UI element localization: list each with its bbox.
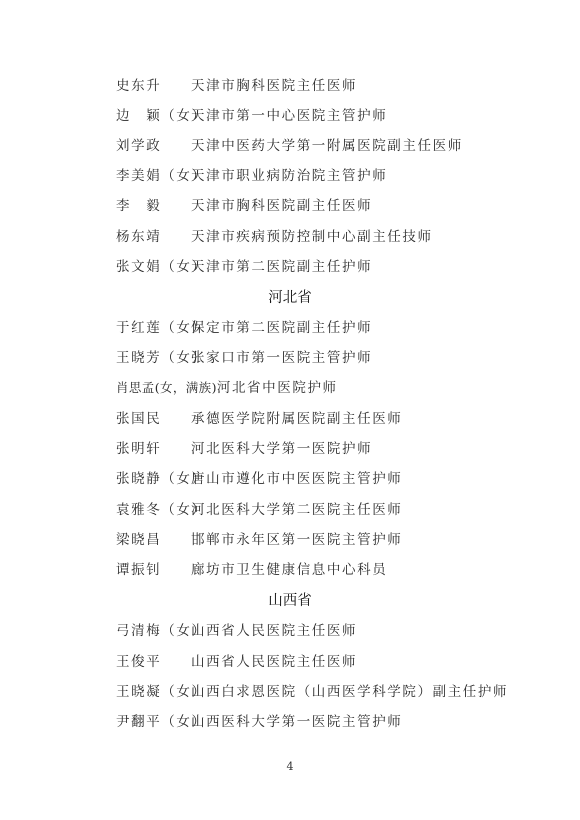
list-item: 于红莲（女）保定市第二医院副主任护师 bbox=[116, 318, 372, 338]
person-name: 弓清梅（女） bbox=[116, 621, 191, 641]
person-affiliation: 天津市第二医院副主任护师 bbox=[191, 257, 372, 277]
list-item: 史东升天津市胸科医院主任医师 bbox=[116, 76, 357, 96]
person-affiliation: 河北医科大学第一医院护师 bbox=[191, 439, 372, 459]
person-affiliation: 山西白求恩医院（山西医学科学院）副主任护师 bbox=[191, 682, 508, 702]
person-name: 张明轩 bbox=[116, 439, 191, 459]
person-affiliation: 廊坊市卫生健康信息中心科员 bbox=[191, 560, 387, 580]
list-item: 张明轩河北医科大学第一医院护师 bbox=[116, 439, 372, 459]
person-name: 肖思孟(女，满族) bbox=[116, 378, 217, 398]
person-name: 刘学政 bbox=[116, 136, 191, 156]
person-name: 袁雅冬（女） bbox=[116, 500, 191, 520]
list-item: 刘学政天津中医药大学第一附属医院副主任医师 bbox=[116, 136, 463, 156]
list-item: 肖思孟(女，满族)河北省中医院护师 bbox=[116, 378, 338, 398]
person-name: 张文娟（女） bbox=[116, 257, 191, 277]
list-item: 梁晓昌邯郸市永年区第一医院主管护师 bbox=[116, 530, 402, 550]
page-number: 4 bbox=[0, 760, 580, 773]
person-affiliation: 天津市胸科医院副主任医师 bbox=[191, 196, 372, 216]
person-affiliation: 天津市胸科医院主任医师 bbox=[191, 76, 357, 96]
list-item: 王俊平山西省人民医院主任医师 bbox=[116, 652, 357, 672]
person-name: 边 颖（女） bbox=[116, 106, 191, 126]
person-affiliation: 天津市职业病防治院主管护师 bbox=[191, 166, 387, 186]
person-name: 张晓静（女） bbox=[116, 469, 191, 489]
list-item: 杨东靖天津市疾病预防控制中心副主任技师 bbox=[116, 227, 433, 247]
list-item: 尹翻平（女）山西医科大学第一医院主管护师 bbox=[116, 712, 402, 732]
person-name: 王俊平 bbox=[116, 652, 191, 672]
list-item: 王晓芳（女）张家口市第一医院主管护师 bbox=[116, 348, 372, 368]
list-item: 张文娟（女）天津市第二医院副主任护师 bbox=[116, 257, 372, 277]
person-affiliation: 天津中医药大学第一附属医院副主任医师 bbox=[191, 136, 463, 156]
person-name: 李 毅 bbox=[116, 196, 191, 216]
person-name: 史东升 bbox=[116, 76, 191, 96]
person-affiliation: 张家口市第一医院主管护师 bbox=[191, 348, 372, 368]
person-name: 王晓芳（女） bbox=[116, 348, 191, 368]
person-name: 王晓凝（女） bbox=[116, 682, 191, 702]
list-item: 李 毅天津市胸科医院副主任医师 bbox=[116, 196, 372, 216]
person-affiliation: 保定市第二医院副主任护师 bbox=[191, 318, 372, 338]
list-item: 边 颖（女）天津市第一中心医院主管护师 bbox=[116, 106, 387, 126]
list-item: 李美娟（女）天津市职业病防治院主管护师 bbox=[116, 166, 387, 186]
person-affiliation: 河北医科大学第二医院主任医师 bbox=[191, 500, 402, 520]
list-item: 弓清梅（女）山西省人民医院主任医师 bbox=[116, 621, 357, 641]
person-affiliation: 山西省人民医院主任医师 bbox=[191, 621, 357, 641]
section-heading-hebei: 河北省 bbox=[0, 287, 580, 309]
list-item: 谭振钊廊坊市卫生健康信息中心科员 bbox=[116, 560, 387, 580]
person-name: 尹翻平（女） bbox=[116, 712, 191, 732]
document-page: 史东升天津市胸科医院主任医师 边 颖（女）天津市第一中心医院主管护师 刘学政天津… bbox=[0, 0, 580, 820]
section-heading-shanxi: 山西省 bbox=[0, 590, 580, 612]
person-name: 张国民 bbox=[116, 409, 191, 429]
person-affiliation: 天津市第一中心医院主管护师 bbox=[191, 106, 387, 126]
person-affiliation: 山西省人民医院主任医师 bbox=[191, 652, 357, 672]
person-affiliation: 山西医科大学第一医院主管护师 bbox=[191, 712, 402, 732]
person-affiliation: 邯郸市永年区第一医院主管护师 bbox=[191, 530, 402, 550]
person-affiliation: 唐山市遵化市中医医院主管护师 bbox=[191, 469, 402, 489]
person-name: 梁晓昌 bbox=[116, 530, 191, 550]
person-affiliation: 河北省中医院护师 bbox=[217, 378, 338, 398]
list-item: 袁雅冬（女）河北医科大学第二医院主任医师 bbox=[116, 500, 402, 520]
person-name: 谭振钊 bbox=[116, 560, 191, 580]
person-name: 李美娟（女） bbox=[116, 166, 191, 186]
list-item: 张晓静（女）唐山市遵化市中医医院主管护师 bbox=[116, 469, 402, 489]
person-name: 杨东靖 bbox=[116, 227, 191, 247]
person-affiliation: 承德医学院附属医院副主任医师 bbox=[191, 409, 402, 429]
list-item: 张国民承德医学院附属医院副主任医师 bbox=[116, 409, 402, 429]
person-name: 于红莲（女） bbox=[116, 318, 191, 338]
list-item: 王晓凝（女）山西白求恩医院（山西医学科学院）副主任护师 bbox=[116, 682, 508, 702]
person-affiliation: 天津市疾病预防控制中心副主任技师 bbox=[191, 227, 433, 247]
